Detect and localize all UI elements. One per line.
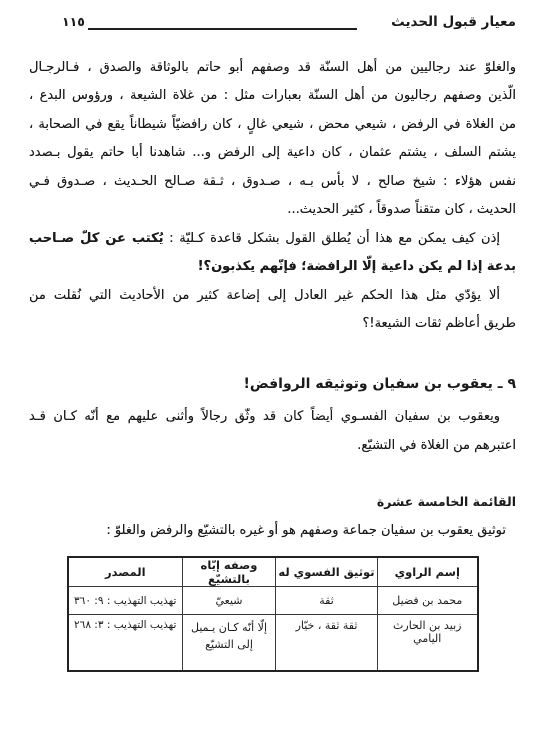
body-line: إذن كيف يمكن مع هذا أن يُطلق القول بشكل …: [29, 225, 516, 253]
cell-narrator: محمد بن فضيل: [378, 587, 478, 615]
cell-source: تهذيب التهذيب : ٩: ٣٦٠: [68, 587, 183, 615]
cell-source: تهذيب التهذيب : ٣: ٢٦٨: [68, 615, 183, 672]
body-line: اعتبرهم من الغلاة في التشيّع.: [29, 432, 516, 460]
column-header-source: المصدر: [68, 557, 183, 587]
list-heading: القائمة الخامسة عشرة: [29, 493, 516, 510]
paragraph-5: توثيق يعقوب بن سفيان جماعة وصفهم هو أو غ…: [29, 521, 516, 541]
cell-tawthiq: ثقة: [276, 587, 378, 615]
body-line: ألا يؤدّي مثل هذا الحكم غير العادل إلى إ…: [29, 282, 516, 310]
table-row: زبيد بن الحارث اليامي ثقة ثقة ، خيّار إل…: [68, 615, 478, 672]
body-line: الحديث ، كان متقناً صدوقاً ، كثير الحديث…: [29, 196, 516, 224]
section-heading: ٩ ـ يعقوب بن سفيان وتوثيقه الروافض!: [29, 374, 516, 394]
body-line: طريق أعاظم ثقات الشيعة!؟: [29, 310, 516, 338]
book-title: معيار قبول الحديث: [391, 14, 516, 30]
body-line: نفس هؤلاء : شيخ صالح ، لا بأس بـه ، صـدو…: [29, 168, 516, 196]
cell-description: شيعيّ: [183, 587, 276, 615]
table-header-row: إسم الراوي توثيق الفسوي له وصفه إيّاه با…: [68, 557, 478, 587]
book-page: معيار قبول الحديث ١١٥ والغلوّ عند رجاليي…: [0, 0, 546, 740]
paragraph-3: ألا يؤدّي مثل هذا الحكم غير العادل إلى إ…: [29, 282, 516, 339]
column-header-description: وصفه إيّاه بالتشيّع: [183, 557, 276, 587]
paragraph-1: والغلوّ عند رجاليين من أهل السنّة قد وصف…: [29, 54, 516, 225]
table-row: محمد بن فضيل ثقة شيعيّ تهذيب التهذيب : ٩…: [68, 587, 478, 615]
column-header-tawthiq: توثيق الفسوي له: [276, 557, 378, 587]
bold-inline: يُكتب عن كلّ صـاحب: [29, 231, 164, 246]
paragraph-2: إذن كيف يمكن مع هذا أن يُطلق القول بشكل …: [29, 225, 516, 282]
paragraph-4: ويعقوب بن سفيان الفسـوي أيضاً كان قد وثّ…: [29, 403, 516, 460]
body-text: والغلوّ عند رجاليين من أهل السنّة قد وصف…: [29, 54, 516, 672]
body-line: من الغلاة في الرفض ، شيعي محض ، شيعي غال…: [29, 111, 516, 139]
body-text-run: إذن كيف يمكن مع هذا أن يُطلق القول بشكل …: [164, 231, 500, 246]
body-line: ويعقوب بن سفيان الفسـوي أيضاً كان قد وثّ…: [29, 403, 516, 431]
page-number: ١١٥: [62, 14, 85, 29]
body-line: والغلوّ عند رجاليين من أهل السنّة قد وصف…: [29, 54, 516, 82]
header-rule: [88, 28, 357, 30]
body-line: يشتم السلف ، يشتم عثمان ، كان داعية إلى …: [29, 139, 516, 167]
cell-tawthiq: ثقة ثقة ، خيّار: [276, 615, 378, 672]
column-header-narrator: إسم الراوي: [378, 557, 478, 587]
narrators-table: إسم الراوي توثيق الفسوي له وصفه إيّاه با…: [67, 556, 479, 672]
body-line: بدعة إذا لم يكن داعية إلّا الرافضة؛ فإنّ…: [29, 253, 516, 281]
cell-narrator: زبيد بن الحارث اليامي: [378, 615, 478, 672]
body-line: الّذين وصفهم رجاليون من أهل السنّة بعبار…: [29, 82, 516, 110]
cell-description: إلّا أنّه كـان يـميل إلى التشيّع: [183, 615, 276, 672]
